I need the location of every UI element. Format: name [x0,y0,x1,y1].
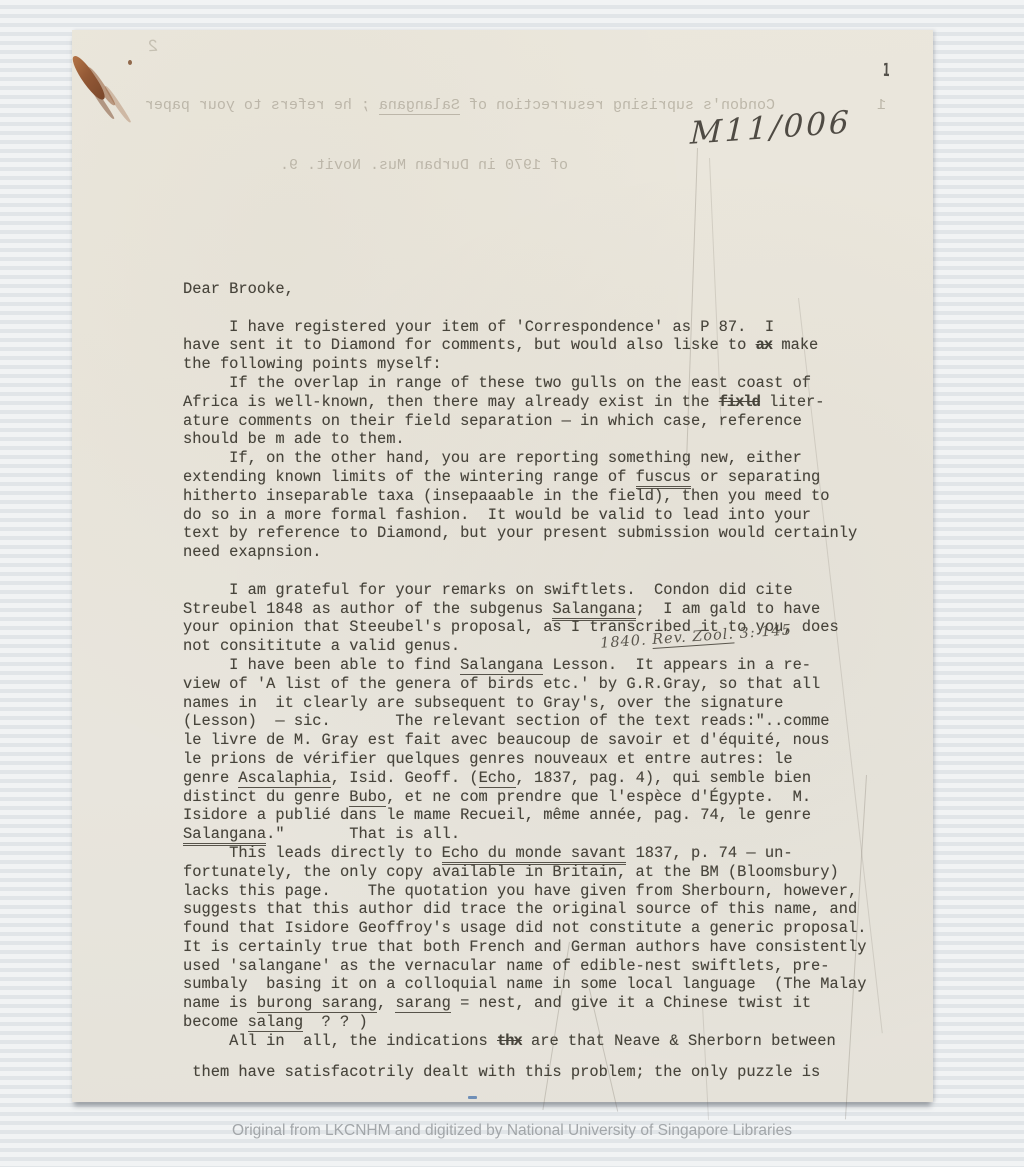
letter-body: Dear Brooke, I have registered your item… [183,280,913,1081]
letter-text: This leads directly to [183,844,442,862]
letter-text: or separating [691,468,820,486]
letter-line: Streubel 1848 as author of the subgenus … [183,600,913,619]
letter-line: your opinion that Steeubel's proposal, a… [183,618,913,637]
letter-line: genre Ascalaphia, Isid. Geoff. (Echo, 18… [183,769,913,788]
letter-text: I am grateful for your remarks on swiftl… [183,581,793,599]
letter-line: need exapnsion. [183,543,913,562]
letter-text: need exapnsion. [183,543,322,561]
letter-line: lacks this page. The quotation you have … [183,882,913,901]
letter-line: do so in a more formal fashion. It would… [183,506,913,525]
letter-line: sumbaly basing it on a colloquial name i… [183,975,913,994]
letter-text: sumbaly basing it on a colloquial name i… [183,975,866,993]
letter-line: I have been able to find Salangana Lesso… [183,656,913,675]
letter-line: Salangana." That is all. [183,825,913,844]
letter-text: make [772,336,818,354]
letter-text: ature comments on their field separation… [183,412,802,430]
letter-text: (Lesson) — sic. The relevant section of … [183,712,830,730]
letter-text: = nest, and give it a Chinese twist it [451,994,811,1012]
underlined-term: Ascalaphia [238,769,330,788]
letter-text: , et ne com prendre que l'espèce d'Égypt… [386,788,811,806]
bleedthrough-page-number: 2 [147,38,159,58]
letter-line: All in all, the indications thx are that… [183,1032,913,1051]
underlined-term: sarang [395,994,450,1013]
letter-text: them have satisfacotrily dealt with this… [183,1063,820,1081]
underlined-term: salang [248,1013,303,1032]
letter-line: hitherto inseparable taxa (insepaaable i… [183,487,913,506]
letter-text: suggests that this author did trace the … [183,900,857,918]
letter-text: , 1837, pag. 4), qui semble bien [516,769,812,787]
letter-line: extending known limits of the wintering … [183,468,913,487]
letter-line [183,562,913,581]
letter-line [183,299,913,318]
letter-line: used 'salangane' as the vernacular name … [183,957,913,976]
letter-line: become salang ? ? ) [183,1013,913,1032]
letter-text: liter- [760,393,825,411]
letter-line: (Lesson) — sic. The relevant section of … [183,712,913,731]
letter-line: distinct du genre Bubo, et ne com prendr… [183,788,913,807]
digitization-caption: Original from LKCNHM and digitized by Na… [0,1122,1024,1140]
letter-line: names in it clearly are subsequent to Gr… [183,694,913,713]
letter-text: do so in a more formal fashion. It would… [183,506,811,524]
letter-text: If, on the other hand, you are reporting… [183,449,802,467]
underlined-term: Salangana [460,656,543,675]
letter-text: name is [183,994,257,1012]
letter-text: names in it clearly are subsequent to Gr… [183,694,783,712]
letter-text: le livre de M. Gray est fait avec beauco… [183,731,830,749]
letter-text: extending known limits of the wintering … [183,468,636,486]
letter-text: not consititute a valid genus. [183,637,460,655]
underlined-term: burong sarang [257,994,377,1013]
rust-stain-mark [69,53,108,104]
underlined-term: Bubo [349,788,386,807]
letter-line: It is certainly true that both French an… [183,938,913,957]
letter-text: have sent it to Diamond for comments, bu… [183,336,756,354]
letter-text: the following points myself: [183,355,442,373]
letter-line: If, on the other hand, you are reporting… [183,449,913,468]
letter-text: hitherto inseparable taxa (insepaaable i… [183,487,830,505]
underlined-term: Echo [479,769,516,788]
letter-text: , [377,994,395,1012]
letter-line: not consititute a valid genus. [183,637,913,656]
blue-speck [468,1096,477,1099]
struck-out-text: ax [756,336,772,354]
struck-out-text: thx [497,1032,522,1050]
letter-text: genre [183,769,238,787]
page-number-mark: 1 [883,60,890,81]
letter-line: le prions de vérifier quelques genres no… [183,750,913,769]
letter-text: , Isid. Geoff. ( [331,769,479,787]
letter-line: ature comments on their field separation… [183,412,913,431]
letter-text: I have been able to find [183,656,460,674]
letter-text: found that Isidore Geoffroy's usage did … [183,919,866,937]
letter-text: I have registered your item of 'Correspo… [183,318,774,336]
letter-line: le livre de M. Gray est fait avec beauco… [183,731,913,750]
letter-text: become [183,1013,248,1031]
letter-line: text by reference to Diamond, but your p… [183,524,913,543]
stain-speck [128,60,132,65]
letter-line: name is burong sarang, sarang = nest, an… [183,994,913,1013]
letter-text: If the overlap in range of these two gul… [183,374,811,392]
letter-line: suggests that this author did trace the … [183,900,913,919]
letter-text: It is certainly true that both French an… [183,938,866,956]
letter-line: fortunately, the only copy available in … [183,863,913,882]
scan-background: { "page": { "caption": "Original from LK… [0,0,1024,1167]
letter-text: le prions de vérifier quelques genres no… [183,750,793,768]
letter-line: Africa is well-known, then there may alr… [183,393,913,412]
letter-line: This leads directly to Echo du monde sav… [183,844,913,863]
letter-line: I have registered your item of 'Correspo… [183,318,913,337]
letter-text: ; I am gald to have [636,600,821,618]
letter-text: text by reference to Diamond, but your p… [183,524,857,542]
letter-line: the following points myself: [183,355,913,374]
letter-text: Streubel 1848 as author of the subgenus [183,600,552,618]
bleedthrough-item-number: 1 [877,96,886,116]
letter-text: ." That is all. [266,825,460,843]
bleedthrough-line2: of 1970 in Durban Mus. Novit. 9. [160,156,886,176]
letter-text: lacks this page. The quotation you have … [183,882,857,900]
letter-text: Lesson. It appears in a re- [543,656,811,674]
letter-line: found that Isidore Geoffroy's usage did … [183,919,913,938]
letter-text: 1837, p. 74 — un- [626,844,792,862]
letter-paper: 2 1Condon's suprising resurrection of Sa… [72,30,933,1102]
letter-text: All in all, the indications [183,1032,497,1050]
letter-line: If the overlap in range of these two gul… [183,374,913,393]
letter-text: distinct du genre [183,788,349,806]
letter-text: should be m ade to them. [183,430,405,448]
letter-text: Isidore a publié dans le mame Recueil, m… [183,806,811,824]
struck-out-text: fixld [719,393,760,411]
letter-text: ? ? ) [303,1013,368,1031]
letter-text: are that Neave & Sherborn between [522,1032,836,1050]
letter-line: view of 'A list of the genera of birds e… [183,675,913,694]
letter-text: Africa is well-known, then there may alr… [183,393,719,411]
bleedthrough-underlined-term: Salangana [379,97,460,115]
letter-text: used 'salangane' as the vernacular name … [183,957,830,975]
letter-text: view of 'A list of the genera of birds e… [183,675,820,693]
letter-line: Dear Brooke, [183,280,913,299]
letter-text: fortunately, the only copy available in … [183,863,839,881]
letter-text: your opinion that Steeubel's proposal, a… [183,618,839,636]
letter-line: Isidore a publié dans le mame Recueil, m… [183,806,913,825]
letter-line: I am grateful for your remarks on swiftl… [183,581,913,600]
letter-line: should be m ade to them. [183,430,913,449]
letter-text: Dear Brooke, [183,280,294,298]
